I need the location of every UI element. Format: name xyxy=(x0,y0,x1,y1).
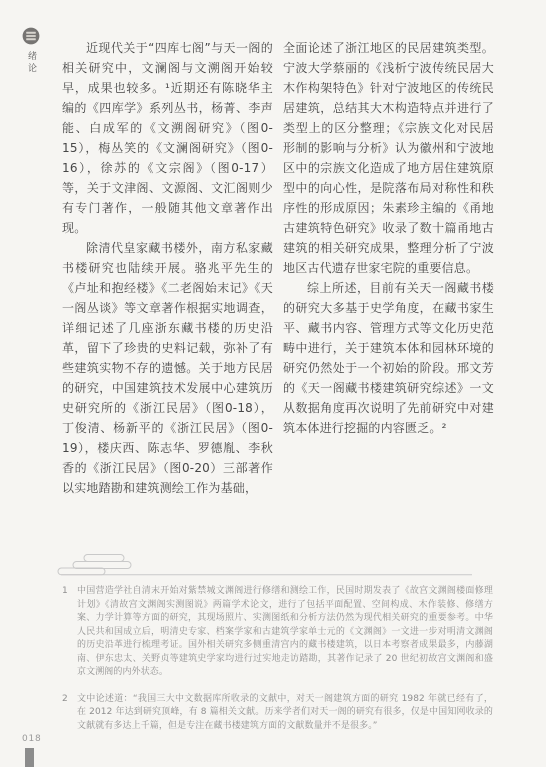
body-paragraph: 近现代关于“四库七阁”与天一阁的相关研究中，文澜阁与文溯阁开始较早，成果也较多。… xyxy=(62,38,273,238)
chapter-tab-label: 绪论 xyxy=(25,51,38,75)
cloud-ornament-divider xyxy=(56,551,476,577)
footnote-text: 文中论述道：“我国三大中文数据库所收录的文献中，对天一阁建筑方面的研究 1982… xyxy=(77,693,493,734)
left-column: 近现代关于“四库七阁”与天一阁的相关研究中，文澜阁与文溯阁开始较早，成果也较多。… xyxy=(62,38,273,498)
seal-icon xyxy=(22,27,40,45)
footnote-marker: 2 xyxy=(62,693,77,707)
footnote: 2文中论述道：“我国三大中文数据库所收录的文献中，对天一阁建筑方面的研究 198… xyxy=(62,693,493,734)
page-number-bar xyxy=(25,748,34,767)
body-paragraph: 综上所述，目前有关天一阁藏书楼的研究大多基于史学角度，在藏书家生平、藏书内容、管… xyxy=(283,278,494,438)
body-paragraph: 全面论述了浙江地区的民居建筑类型。宁波大学蔡丽的《浅析宁波传统民居大木作构架特色… xyxy=(283,38,494,278)
footnotes-section: 1中国营造学社自清末开始对紫禁城文渊阁进行修缮和测绘工作，民国时期发表了《故宫文… xyxy=(62,585,493,733)
footnote-marker: 1 xyxy=(62,585,77,599)
page-number: 018 xyxy=(22,734,42,744)
footnote: 1中国营造学社自清末开始对紫禁城文渊阁进行修缮和测绘工作，民国时期发表了《故宫文… xyxy=(62,585,493,680)
right-column: 全面论述了浙江地区的民居建筑类型。宁波大学蔡丽的《浅析宁波传统民居大木作构架特色… xyxy=(283,38,494,438)
body-paragraph: 除清代皇家藏书楼外，南方私家藏书楼研究也陆续开展。骆兆平先生的《卢址和抱经楼》《… xyxy=(62,238,273,498)
footnote-text: 中国营造学社自清末开始对紫禁城文渊阁进行修缮和测绘工作，民国时期发表了《故宫文渊… xyxy=(77,585,493,680)
book-page: 绪论 近现代关于“四库七阁”与天一阁的相关研究中，文澜阁与文溯阁开始较早，成果也… xyxy=(0,0,546,767)
